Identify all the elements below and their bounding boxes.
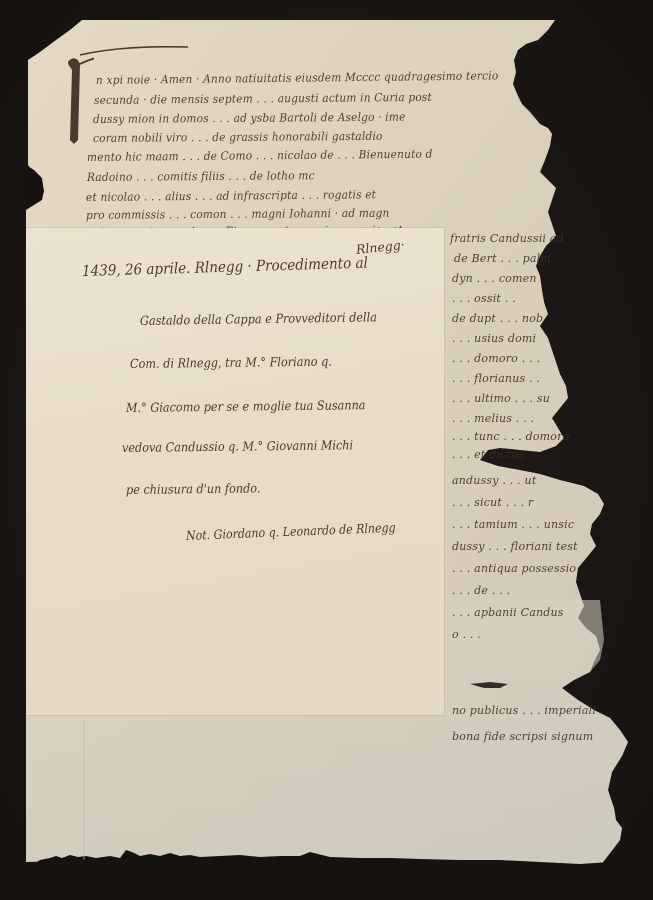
parchment-side-line: . . . tunc . . . domoro [452, 430, 569, 443]
parchment-side-line: andussy . . . ut [452, 474, 536, 487]
note-line: Com. di Rlnegg, tra M.° Floriano q. [130, 354, 332, 371]
parchment-side-line: . . . florianus . . [452, 372, 540, 385]
parchment-bottom-line: no publicus . . . imperiali [452, 704, 596, 717]
note-line: 1439, 26 aprile. Rlnegg · Procedimento a… [82, 254, 368, 280]
parchment-side-line: dyn . . . comen [452, 272, 537, 285]
note-signature: Not. Giordano q. Leonardo de Rlnegg [186, 520, 396, 543]
parchment-side-line: . . . usius domi [452, 332, 536, 345]
parchment-side-line: fratris Candussii ad [450, 232, 564, 245]
parchment-line: Radoino . . . comitis filiis . . . de lo… [87, 168, 315, 184]
parchment-side-line: o . . . [452, 628, 481, 641]
catalogue-note-paper: Rlnegg· 1439, 26 aprile. Rlnegg · Proced… [26, 228, 444, 715]
parchment-line: pro commissis . . . comon . . . magni Io… [86, 206, 390, 222]
parchment-side-line: . . . et dictus [452, 448, 524, 461]
parchment-line: et nicolao . . . alius . . . ad infrascr… [86, 187, 376, 204]
note-line: Gastaldo della Cappa e Provveditori dell… [140, 309, 377, 328]
parchment-line: dussy mion in domos . . . ad ysba Bartol… [93, 110, 406, 126]
parchment-side-line: de Bert . . . palm [454, 252, 551, 265]
parchment-line: coram nobili viro . . . de grassis honor… [93, 129, 383, 145]
initial-flourish-icon [80, 46, 190, 56]
parchment-side-line: . . . ossit . . [452, 292, 516, 305]
parchment-side-line: de dupt . . . nob [452, 312, 543, 325]
parchment-side-line: . . . antiqua possessio [452, 562, 576, 575]
note-line: vedova Candussio q. M.° Giovanni Michi [122, 437, 353, 455]
parchment-bottom-line: bona fide scripsi signum [452, 730, 593, 743]
parchment-side-line: . . . domoro . . . [452, 352, 540, 365]
illuminated-initial-icon [64, 50, 94, 150]
note-line: pe chiusura d'un fondo. [126, 480, 261, 497]
parchment-side-line: . . . melius . . . [452, 412, 534, 425]
parchment-side-line: . . . tamium . . . unsic [452, 518, 574, 531]
parchment-side-line: . . . apbanii Candus [452, 606, 564, 619]
parchment-side-line: . . . sicut . . . r [452, 496, 533, 509]
parchment-side-line: dussy . . . floriani test [452, 540, 578, 553]
document-scan: n xpi noie · Amen · Anno natiuitatis eiu… [0, 0, 653, 900]
note-line: M.° Giacomo per se e moglie tua Susanna [126, 397, 366, 415]
parchment-side-line: . . . de . . . [452, 584, 510, 597]
parchment-side-line: . . . ultimo . . . su [452, 392, 550, 405]
